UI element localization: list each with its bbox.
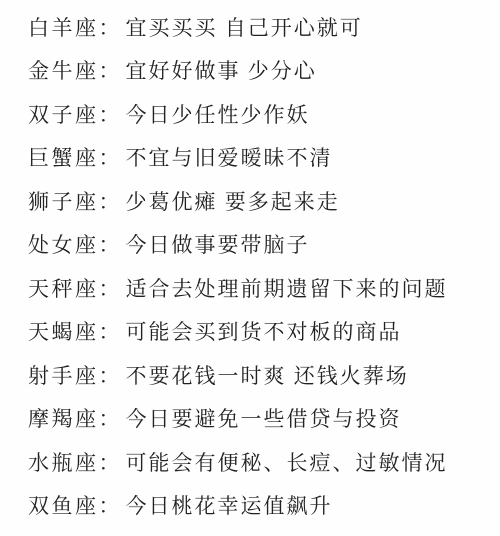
- fortune-text: 可能会有便秘、长痘、过敏情况: [126, 447, 448, 477]
- colon-separator: ：: [99, 12, 120, 42]
- zodiac-sign-label: 水瓶座: [28, 447, 99, 477]
- horoscope-row-aquarius: 水瓶座：可能会有便秘、长痘、过敏情况: [28, 440, 500, 484]
- horoscope-list: 白羊座：宜买买买 自己开心就可 金牛座：宜好好做事 少分心 双子座：今日少任性少…: [0, 0, 500, 527]
- horoscope-row-cancer: 巨蟹座：不宜与旧爱暧昧不清: [28, 136, 500, 180]
- fortune-text: 少葛优瘫 要多起来走: [126, 186, 340, 216]
- zodiac-sign-label: 射手座: [28, 360, 99, 390]
- horoscope-row-gemini: 双子座：今日少任性少作妖: [28, 92, 500, 136]
- horoscope-row-pisces: 双鱼座：今日桃花幸运值飙升: [28, 484, 500, 528]
- colon-separator: ：: [99, 229, 120, 259]
- fortune-text: 不宜与旧爱暧昧不清: [126, 142, 333, 172]
- fortune-text: 今日少任性少作妖: [126, 99, 310, 129]
- colon-separator: ：: [99, 403, 120, 433]
- colon-separator: ：: [99, 490, 120, 520]
- colon-separator: ：: [99, 55, 120, 85]
- colon-separator: ：: [99, 99, 120, 129]
- colon-separator: ：: [99, 273, 120, 303]
- zodiac-sign-label: 狮子座: [28, 186, 99, 216]
- horoscope-row-aries: 白羊座：宜买买买 自己开心就可: [28, 5, 500, 49]
- zodiac-sign-label: 双子座: [28, 99, 99, 129]
- fortune-text: 今日做事要带脑子: [126, 229, 310, 259]
- zodiac-sign-label: 金牛座: [28, 55, 99, 85]
- horoscope-row-libra: 天秤座：适合去处理前期遗留下来的问题: [28, 266, 500, 310]
- colon-separator: ：: [99, 142, 120, 172]
- fortune-text: 宜买买买 自己开心就可: [126, 12, 363, 42]
- zodiac-sign-label: 天蝎座: [28, 316, 99, 346]
- colon-separator: ：: [99, 360, 120, 390]
- zodiac-sign-label: 双鱼座: [28, 490, 99, 520]
- horoscope-row-taurus: 金牛座：宜好好做事 少分心: [28, 49, 500, 93]
- horoscope-row-virgo: 处女座：今日做事要带脑子: [28, 223, 500, 267]
- zodiac-sign-label: 处女座: [28, 229, 99, 259]
- colon-separator: ：: [99, 316, 120, 346]
- zodiac-sign-label: 天秤座: [28, 273, 99, 303]
- zodiac-sign-label: 白羊座: [28, 12, 99, 42]
- colon-separator: ：: [99, 186, 120, 216]
- horoscope-row-capricorn: 摩羯座：今日要避免一些借贷与投资: [28, 397, 500, 441]
- zodiac-sign-label: 巨蟹座: [28, 142, 99, 172]
- fortune-text: 适合去处理前期遗留下来的问题: [126, 273, 448, 303]
- horoscope-row-scorpio: 天蝎座：可能会买到货不对板的商品: [28, 310, 500, 354]
- horoscope-page: 白羊座：宜买买买 自己开心就可 金牛座：宜好好做事 少分心 双子座：今日少任性少…: [0, 0, 500, 536]
- horoscope-row-leo: 狮子座：少葛优瘫 要多起来走: [28, 179, 500, 223]
- fortune-text: 今日要避免一些借贷与投资: [126, 403, 402, 433]
- colon-separator: ：: [99, 447, 120, 477]
- zodiac-sign-label: 摩羯座: [28, 403, 99, 433]
- fortune-text: 可能会买到货不对板的商品: [126, 316, 402, 346]
- fortune-text: 不要花钱一时爽 还钱火葬场: [126, 360, 409, 390]
- fortune-text: 宜好好做事 少分心: [126, 55, 317, 85]
- horoscope-row-sagittarius: 射手座：不要花钱一时爽 还钱火葬场: [28, 353, 500, 397]
- fortune-text: 今日桃花幸运值飙升: [126, 490, 333, 520]
